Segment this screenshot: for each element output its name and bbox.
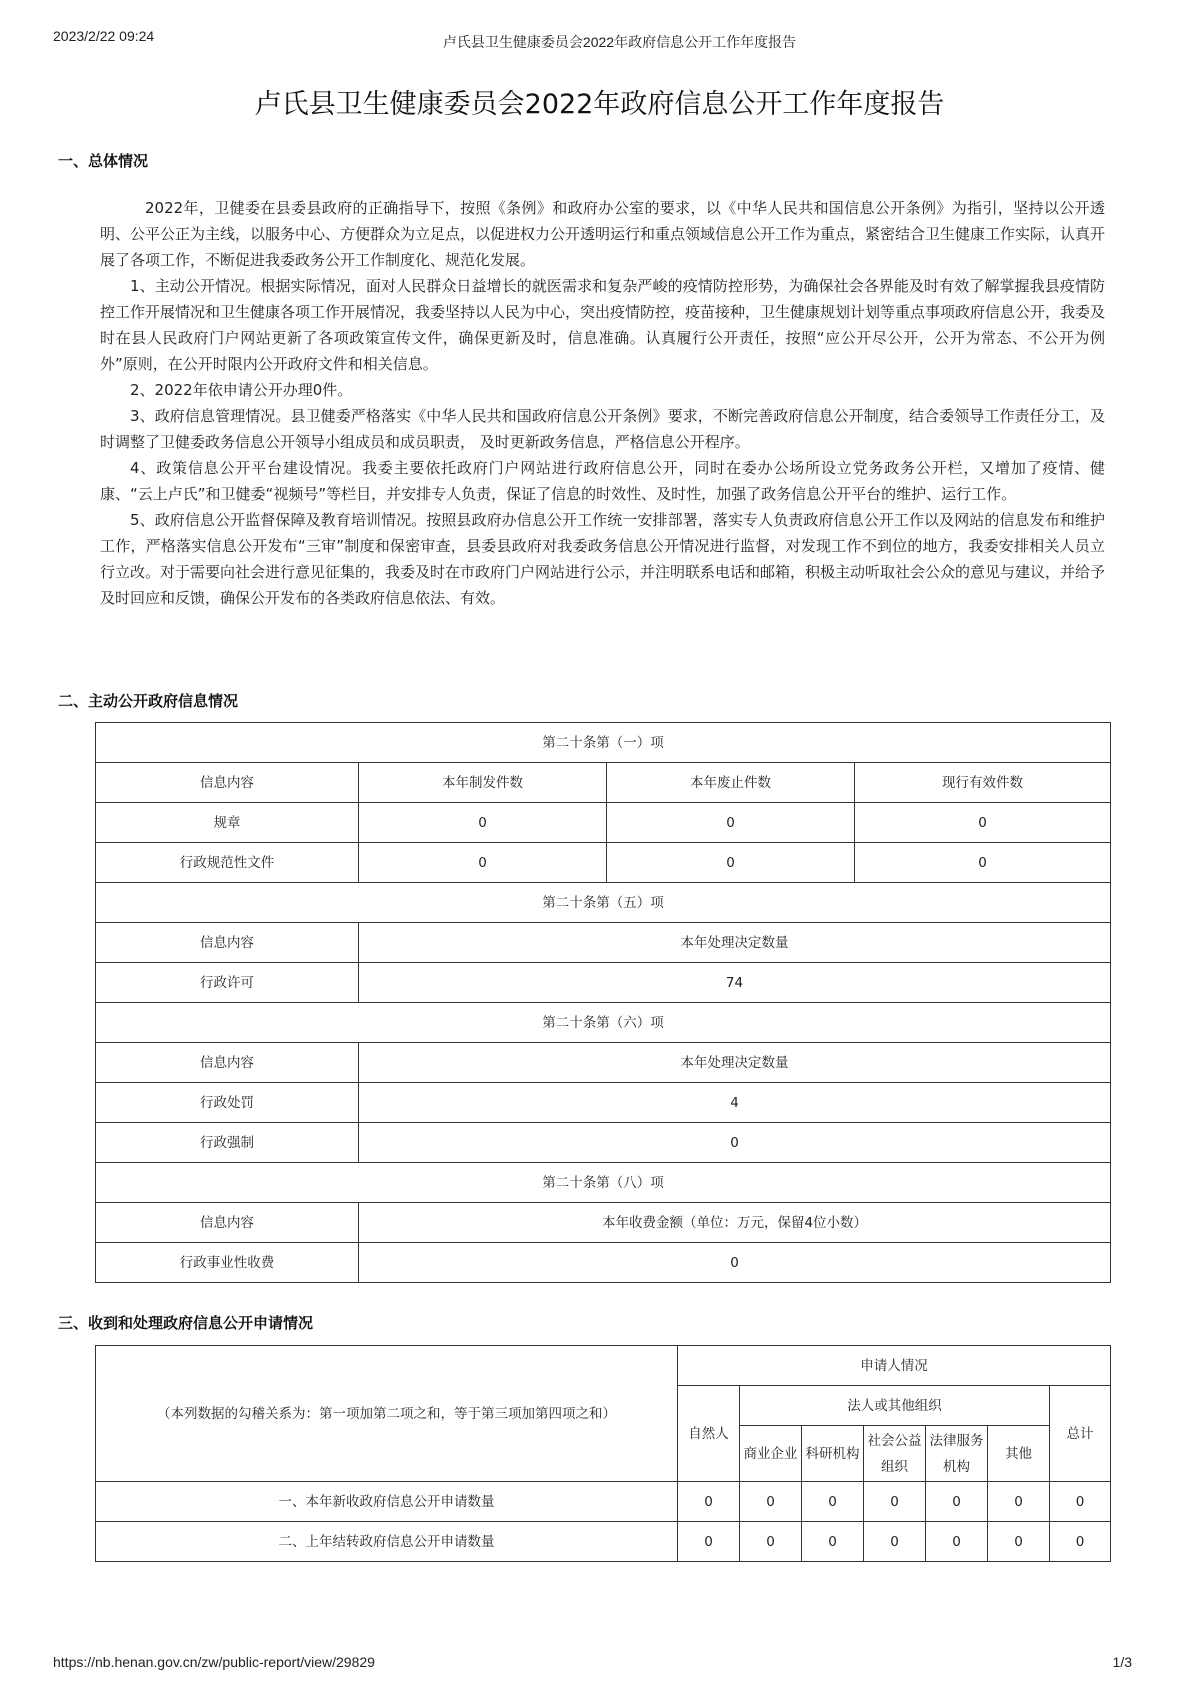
table-section-row: 第二十条第（五）项 bbox=[96, 883, 1111, 923]
table-header-row: 信息内容 本年处理决定数量 bbox=[96, 923, 1111, 963]
table-row: 行政强制 0 bbox=[96, 1123, 1111, 1163]
table-cell: 0 bbox=[607, 803, 855, 843]
paragraph-supervision: 5、政府信息公开监督保障及教育培训情况。按照县政府办信息公开工作统一安排部署，落… bbox=[100, 507, 1105, 611]
row-label: 规章 bbox=[96, 803, 359, 843]
table-row: 一、本年新收政府信息公开申请数量 0 0 0 0 0 0 0 bbox=[96, 1482, 1111, 1522]
table-cell: 0 bbox=[864, 1482, 926, 1522]
table-cell: 0 bbox=[678, 1522, 740, 1562]
row-label: 行政许可 bbox=[96, 963, 359, 1003]
table-cell: 0 bbox=[855, 843, 1111, 883]
section-heading-applications: 三、收到和处理政府信息公开申请情况 bbox=[58, 1312, 313, 1333]
column-header: 信息内容 bbox=[96, 1043, 359, 1083]
column-header-other: 其他 bbox=[988, 1426, 1050, 1482]
table-row: 行政事业性收费 0 bbox=[96, 1243, 1111, 1283]
table-cell: 74 bbox=[359, 963, 1111, 1003]
table-section-row: 第二十条第（六）项 bbox=[96, 1003, 1111, 1043]
column-header: 本年制发件数 bbox=[359, 763, 607, 803]
table-row: 行政规范性文件 0 0 0 bbox=[96, 843, 1111, 883]
header-line: 组织 bbox=[881, 1459, 908, 1475]
page-number: 1/3 bbox=[1113, 1654, 1132, 1670]
row-label: 一、本年新收政府信息公开申请数量 bbox=[96, 1482, 678, 1522]
row-label: 行政规范性文件 bbox=[96, 843, 359, 883]
column-header: 现行有效件数 bbox=[855, 763, 1111, 803]
column-header: 本年收费金额（单位：万元，保留4位小数） bbox=[359, 1203, 1111, 1243]
table-section-row: 第二十条第（八）项 bbox=[96, 1163, 1111, 1203]
table-cell: 0 bbox=[988, 1482, 1050, 1522]
total-header: 总计 bbox=[1050, 1386, 1111, 1482]
table-cell: 0 bbox=[1050, 1482, 1111, 1522]
overview-body: 2022年，卫健委在县委县政府的正确指导下，按照《条例》和政府办公室的要求，以《… bbox=[100, 195, 1105, 611]
column-header-research: 科研机构 bbox=[802, 1426, 864, 1482]
table-cell: 0 bbox=[864, 1522, 926, 1562]
page-url: https://nb.henan.gov.cn/zw/public-report… bbox=[53, 1654, 375, 1670]
table-cell: 0 bbox=[926, 1522, 988, 1562]
table-cell: 0 bbox=[678, 1482, 740, 1522]
table-header-row: 信息内容 本年处理决定数量 bbox=[96, 1043, 1111, 1083]
header-line: 社会公益 bbox=[868, 1433, 922, 1449]
document-title: 卢氏县卫生健康委员会2022年政府信息公开工作年度报告 bbox=[0, 82, 1199, 121]
section-title-item8: 第二十条第（八）项 bbox=[96, 1163, 1111, 1203]
active-disclosure-table: 第二十条第（一）项 信息内容 本年制发件数 本年废止件数 现行有效件数 规章 0… bbox=[95, 722, 1111, 1283]
table-cell: 0 bbox=[926, 1482, 988, 1522]
column-header-public-welfare: 社会公益 组织 bbox=[864, 1426, 926, 1482]
table-cell: 0 bbox=[607, 843, 855, 883]
column-header: 本年废止件数 bbox=[607, 763, 855, 803]
table-row: 二、上年结转政府信息公开申请数量 0 0 0 0 0 0 0 bbox=[96, 1522, 1111, 1562]
print-footer: https://nb.henan.gov.cn/zw/public-report… bbox=[53, 1654, 1146, 1674]
section-title-item5: 第二十条第（五）项 bbox=[96, 883, 1111, 923]
applications-table: （本列数据的勾稽关系为：第一项加第二项之和，等于第三项加第四项之和） 申请人情况… bbox=[95, 1345, 1111, 1562]
table-row: 规章 0 0 0 bbox=[96, 803, 1111, 843]
table-cell: 0 bbox=[359, 1243, 1111, 1283]
row-label: 行政处罚 bbox=[96, 1083, 359, 1123]
table-cell: 0 bbox=[1050, 1522, 1111, 1562]
column-header: 信息内容 bbox=[96, 923, 359, 963]
row-label: 行政强制 bbox=[96, 1123, 359, 1163]
table-row: 行政许可 74 bbox=[96, 963, 1111, 1003]
section-heading-active-disclosure: 二、主动公开政府信息情况 bbox=[58, 690, 238, 711]
table-cell: 0 bbox=[802, 1482, 864, 1522]
column-header: 本年处理决定数量 bbox=[359, 923, 1111, 963]
print-header-title: 卢氏县卫生健康委员会2022年政府信息公开工作年度报告 bbox=[53, 32, 1146, 52]
section-title-item6: 第二十条第（六）项 bbox=[96, 1003, 1111, 1043]
paragraph-active-disclosure: 1、主动公开情况。根据实际情况，面对人民群众日益增长的就医需求和复杂严峻的疫情防… bbox=[100, 273, 1105, 377]
table-cell: 0 bbox=[740, 1522, 802, 1562]
paragraph-intro: 2022年，卫健委在县委县政府的正确指导下，按照《条例》和政府办公室的要求，以《… bbox=[100, 195, 1105, 273]
table-row: 行政处罚 4 bbox=[96, 1083, 1111, 1123]
column-header: 信息内容 bbox=[96, 763, 359, 803]
column-header-legal-services: 法律服务 机构 bbox=[926, 1426, 988, 1482]
header-line: 法律服务 bbox=[930, 1433, 984, 1449]
column-header: 本年处理决定数量 bbox=[359, 1043, 1111, 1083]
table-section-row: 第二十条第（一）项 bbox=[96, 723, 1111, 763]
column-header: 信息内容 bbox=[96, 1203, 359, 1243]
table-cell: 0 bbox=[359, 803, 607, 843]
paragraph-info-management: 3、政府信息管理情况。县卫健委严格落实《中华人民共和国政府信息公开条例》要求，不… bbox=[100, 403, 1105, 455]
table-header-row: 信息内容 本年制发件数 本年废止件数 现行有效件数 bbox=[96, 763, 1111, 803]
table-cell: 0 bbox=[802, 1522, 864, 1562]
table-cell: 0 bbox=[740, 1482, 802, 1522]
legal-entity-header: 法人或其他组织 bbox=[740, 1386, 1050, 1426]
table-cell: 0 bbox=[359, 1123, 1111, 1163]
table-header-row: 信息内容 本年收费金额（单位：万元，保留4位小数） bbox=[96, 1203, 1111, 1243]
applicant-group-header: 申请人情况 bbox=[678, 1346, 1111, 1386]
section-heading-overview: 一、总体情况 bbox=[58, 150, 148, 171]
table-cell: 0 bbox=[359, 843, 607, 883]
table-cell: 0 bbox=[988, 1522, 1050, 1562]
paragraph-applications: 2、2022年依申请公开办理0件。 bbox=[100, 377, 1105, 403]
table-cell: 0 bbox=[855, 803, 1111, 843]
section-title-item1: 第二十条第（一）项 bbox=[96, 723, 1111, 763]
paragraph-platform: 4、政策信息公开平台建设情况。我委主要依托政府门户网站进行政府信息公开，同时在委… bbox=[100, 455, 1105, 507]
row-label: 二、上年结转政府信息公开申请数量 bbox=[96, 1522, 678, 1562]
table-header-row: （本列数据的勾稽关系为：第一项加第二项之和，等于第三项加第四项之和） 申请人情况 bbox=[96, 1346, 1111, 1386]
row-label: 行政事业性收费 bbox=[96, 1243, 359, 1283]
reconciliation-note: （本列数据的勾稽关系为：第一项加第二项之和，等于第三项加第四项之和） bbox=[96, 1346, 678, 1482]
print-header: 2023/2/22 09:24 卢氏县卫生健康委员会2022年政府信息公开工作年… bbox=[53, 28, 1146, 48]
header-line: 机构 bbox=[943, 1459, 970, 1475]
natural-person-header: 自然人 bbox=[678, 1386, 740, 1482]
table-cell: 4 bbox=[359, 1083, 1111, 1123]
column-header-business: 商业企业 bbox=[740, 1426, 802, 1482]
